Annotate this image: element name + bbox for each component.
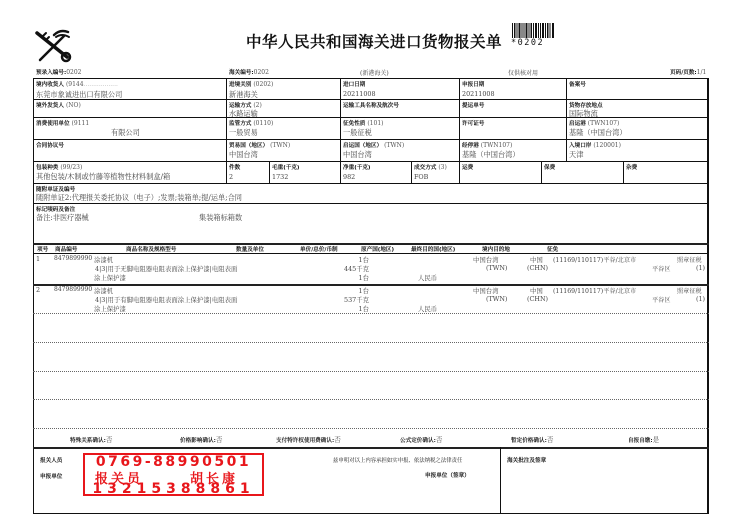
quantity-1: 1台 [309,286,369,295]
confirm-special-relation-label: 特殊关系确认: [70,438,106,444]
pre-entry-label: 预录入编号: [36,70,66,76]
transport-name-label: 运输工具名称及航次号 [343,101,399,109]
supervision-mode-value: 一般贸易 [229,128,258,138]
marks-label: 标记唛码及备注 [36,205,75,213]
consignee-label-text: 境内收货人 [36,82,64,88]
storage-place-label: 货物存放地点 [569,101,603,109]
stop-port-code: (TWN107) [481,142,513,149]
transport-mode-label: 运输方式 (2) [229,101,262,109]
consumer-unit-label-text: 消费使用单位 [36,121,70,127]
customs-emblem-icon [34,27,72,63]
trade-country-code: (TWN) [270,142,290,149]
confirm-royalty: 支付特许权使用费确认:否 [276,434,341,444]
origin-country: 中国台湾 [473,255,499,264]
import-date-label: 进口日期 [343,80,365,88]
departure-country-label: 启运国（地区） (TWN) [343,141,404,149]
stop-port-label: 经停港 (TWN107) [462,141,512,149]
customs-number-label: 海关编号: [229,70,254,76]
pieces-value: 2 [229,173,233,181]
dest-country-code: (CHN) [527,295,548,303]
transport-mode-code: (2) [253,102,262,109]
contract-number-label: 合同协议号 [36,141,64,149]
stop-port-label-text: 经停港 [462,143,479,149]
levy-code: (1) [696,295,705,303]
pieces-label: 件数 [229,163,240,171]
quantity-3: 1台 [309,304,369,313]
entry-customs-label-text: 进境关别 [229,82,251,88]
confirm-self-declare-label: 自报自缴: [628,438,653,444]
origin-code: (TWN) [486,264,507,272]
entry-customs-value: 新港海关 [229,90,258,100]
package-type-value: 其他包装/木制或竹藤等植物性材料制盒/箱 [36,172,170,182]
entry-port-value: 天津 [569,150,583,160]
confirm-formula-pricing-label: 公式定价确认: [400,438,436,444]
confirm-price-influence-label: 价格影响确认: [180,438,216,444]
departure-country-value: 中国台湾 [343,150,372,160]
pre-entry-value: 0202 [66,69,81,76]
goods-header-name-spec: 商品名称及规格型号 [126,245,176,253]
domestic-dest: (11169/110117)平谷/北京市 [553,255,636,264]
domestic-dest-2: 平谷区 [652,295,671,304]
storage-place-value: 国际物流 [569,109,598,119]
customs-number-value: 0202 [254,69,269,76]
consignor-label: 境外发货人 (NO) [36,101,81,109]
declarant-label: 报关人员 [40,456,62,464]
package-type-code: (99/23) [60,164,82,171]
barcode-icon [512,23,554,38]
deal-mode-label-text: 成交方式 [414,165,436,171]
confirm-self-declare: 自报自缴:是 [628,434,659,444]
domestic-dest: (11169/110117)平谷/北京市 [553,286,636,295]
entry-customs-code: (0202) [253,81,273,88]
goods-header-item-no: 项号 [37,245,48,253]
attached-docs-label: 随附单证及编号 [36,185,75,193]
origin-country: 中国台湾 [473,286,499,295]
origin-code: (TWN) [486,295,507,303]
goods-header-quantity: 数量及单位 [236,245,264,253]
item-number: 2 [36,286,40,294]
pre-entry-number: 预录入编号:0202 [36,68,82,76]
marks-remark: 备注:非医疗器械 [36,213,89,223]
confirm-royalty-value: 否 [334,436,341,444]
levy-nature-label-text: 征免性质 [343,121,365,127]
hs-code: 8479899990 [54,255,92,262]
product-spec: 4|3|用于无脚电阻器电阻表面涂上保护漆|电阻表面 [95,264,237,273]
product-spec: 4|3|用于有脚电阻器电阻表面涂上保护漆|电阻表面 [95,295,237,304]
declare-date-label: 申报日期 [462,80,484,88]
currency: 人民币 [418,304,437,313]
gross-weight-value: 1732 [272,173,288,181]
goods-header-hs-code: 商品编号 [55,245,77,253]
levy-nature-code: (101) [367,120,383,127]
consignee-label: 境内收货人 (9144.................. [36,80,118,88]
import-date-value: 20211008 [343,90,376,98]
misc-fee-label: 杂费 [626,163,637,171]
declarant-stamp: 0769-88990501 报关员 胡长康 13215388861 [83,453,264,496]
entry-port-code: (120001) [593,142,621,149]
consumer-unit-code: (9111 [72,120,90,127]
confirm-royalty-label: 支付特许权使用费确认: [276,438,334,444]
confirm-self-declare-value: 是 [653,436,660,444]
bill-number-label: 提运单号 [462,101,484,109]
dest-country-code: (CHN) [527,264,548,272]
departure-port-code: (TWN107) [588,120,620,127]
confirm-formula-pricing-value: 否 [436,436,443,444]
trade-country-label: 贸易国（地区） (TWN) [229,141,290,149]
goods-header-origin: 原产国(地区) [361,245,394,253]
domestic-dest-2: 平谷区 [652,264,671,273]
package-type-label: 包装种类 (99/23) [36,163,82,171]
quantity-2: 445千克 [309,264,369,273]
trade-country-label-text: 贸易国（地区） [229,143,268,149]
goods-header-domestic-dest: 境内目的地 [482,245,510,253]
page-title: 中华人民共和国海关进口货物报关单 [246,30,502,52]
levy-mode: 照章征税 [677,255,702,264]
customs-number: 海关编号:0202 [229,68,269,76]
entry-port-label-text: 入境口岸 [569,143,591,149]
departure-port-label: 启运港 (TWN107) [569,119,619,127]
stop-port-value: 基隆（中国台湾） [462,150,520,160]
supervision-mode-label: 监管方式 (0110) [229,119,273,127]
product-name: 涂漆机 [94,255,113,264]
product-spec-line2: 涂上保护漆 [94,304,126,313]
product-spec-line2: 涂上保护漆 [94,273,126,282]
insurance-label: 保费 [544,163,555,171]
quantity-3: 1台 [309,273,369,282]
consignor-code: (NO) [66,102,81,109]
entry-customs-label: 进境关别 (0202) [229,80,273,88]
gross-weight-label: 毛重(千克) [272,163,300,171]
departure-country-code: (TWN) [384,142,404,149]
unit-seal-label: 申报单位（签章） [425,471,470,479]
package-type-label-text: 包装种类 [36,165,58,171]
consumer-unit-value: 有限公司 [111,128,140,138]
record-number-label: 备案号 [569,80,586,88]
customs-office: (新港海关) [360,68,389,77]
confirm-price-influence: 价格影响确认:否 [180,434,222,444]
declarant-unit-label: 申报单位 [40,472,62,480]
entry-port-label: 入境口岸 (120001) [569,141,621,149]
departure-country-label-text: 启运国（地区） [343,143,382,149]
confirm-provisional-price-value: 否 [547,436,554,444]
dest-country: 中国 [530,286,543,295]
page-count-value: 1/1 [697,69,707,76]
confirm-formula-pricing: 公式定价确认:否 [400,434,442,444]
declare-date-value: 20211008 [462,90,495,98]
confirm-provisional-price-label: 暂定价格确认: [511,438,547,444]
goods-header-price: 单价/总价/币制 [300,245,338,253]
deal-mode-code: (3) [438,164,447,171]
levy-nature-value: 一般征税 [343,128,372,138]
page-count: 页码/页数:1/1 [670,68,706,76]
deal-mode-label: 成交方式 (3) [414,163,447,171]
stamp-mobile: 13215388861 [85,481,262,497]
dest-country: 中国 [530,255,543,264]
deal-mode-value: FOB [414,173,428,181]
net-weight-label: 净重(千克) [343,163,371,171]
license-number-label: 许可证号 [462,119,484,127]
levy-nature-label: 征免性质 (101) [343,119,383,127]
customs-note-label: 海关批注及签章 [507,456,546,464]
consignee-code: (9144 [66,81,84,88]
goods-header-levy: 征免 [547,245,558,253]
container-count: 集装箱标箱数 [199,213,242,223]
liability-statement: 兹申明对以上内容承担如实申报、依法纳税之法律责任 [333,456,462,464]
confirm-special-relation-value: 否 [106,436,113,444]
verification-note: 仅供核对用 [508,68,538,77]
departure-port-label-text: 启运港 [569,121,586,127]
trade-country-value: 中国台湾 [229,150,258,160]
confirm-special-relation: 特殊关系确认:否 [70,434,112,444]
supervision-mode-label-text: 监管方式 [229,121,251,127]
item-number: 1 [36,255,40,263]
consignor-label-text: 境外发货人 [36,103,64,109]
levy-mode: 照章征税 [677,286,702,295]
page-count-label: 页码/页数: [670,70,697,76]
quantity-1: 1台 [309,255,369,264]
consumer-unit-label: 消费使用单位 (9111 [36,119,89,127]
confirm-price-influence-value: 否 [216,436,223,444]
barcode-number: *0202 [511,38,544,48]
currency: 人民币 [418,273,437,282]
confirm-provisional-price: 暂定价格确认:否 [511,434,553,444]
quantity-2: 537千克 [309,295,369,304]
goods-header-dest-country: 最终目的国(地区) [411,245,455,253]
product-name: 涂漆机 [94,286,113,295]
supervision-mode-code: (0110) [253,120,273,127]
attached-docs-value: 随附单证2:代理报关委托协议（电子）;发票;装箱单;提/运单;合同 [36,193,242,203]
consignee-value: 东莞市象诚进出口有限公司 [36,90,122,100]
transport-mode-value: 水路运输 [229,109,258,119]
hs-code: 8479899990 [54,286,92,293]
net-weight-value: 982 [343,173,355,181]
levy-code: (1) [696,264,705,272]
departure-port-value: 基隆（中国台湾） [569,128,627,138]
freight-label: 运费 [462,163,473,171]
